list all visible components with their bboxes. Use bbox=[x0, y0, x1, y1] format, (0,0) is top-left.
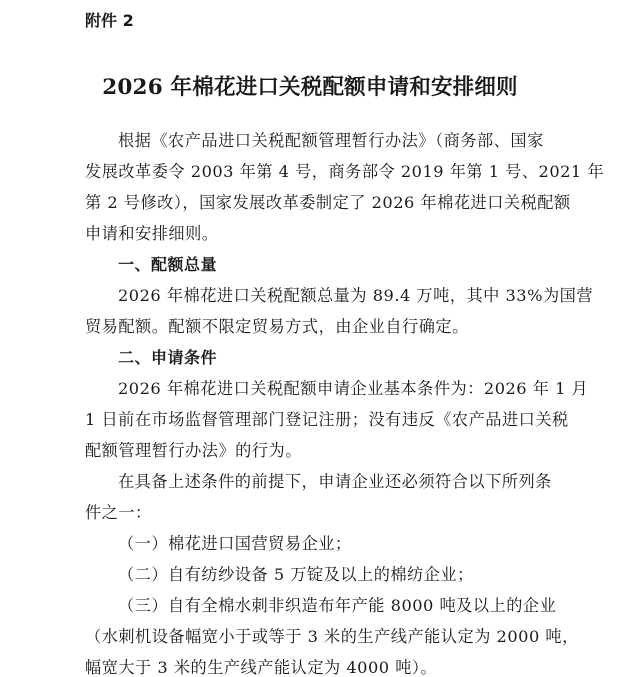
requirement-item-3-line-1: （三）自有全棉水刺非织造布年产能 8000 吨及以上的企业 bbox=[85, 590, 539, 621]
attachment-label: 附件 2 bbox=[85, 8, 134, 31]
intro-paragraph-line-1: 根据《农产品进口关税配额管理暂行办法》（商务部、国家 bbox=[85, 125, 539, 156]
section-heading-application-conditions: 二、申请条件 bbox=[85, 342, 539, 373]
intro-paragraph-line-2: 发展改革委令 2003 年第 4 号，商务部令 2019 年第 1 号、2021… bbox=[85, 156, 539, 187]
requirement-item-3-line-3: 幅宽大于 3 米的生产线产能认定为 4000 吨）。 bbox=[85, 652, 539, 677]
requirement-item-1: （一）棉花进口国营贸易企业； bbox=[85, 528, 539, 559]
intro-paragraph-line-3: 第 2 号修改），国家发展改革委制定了 2026 年棉花进口关税配额 bbox=[85, 187, 539, 218]
document-title: 2026 年棉花进口关税配额申请和安排细则 bbox=[0, 70, 620, 101]
conditions-paragraph-line-3: 配额管理暂行办法》的行为。 bbox=[85, 435, 539, 466]
quota-paragraph-line-2: 贸易配额。配额不限定贸易方式，由企业自行确定。 bbox=[85, 311, 539, 342]
requirement-item-2: （二）自有纺纱设备 5 万锭及以上的棉纺企业； bbox=[85, 559, 539, 590]
intro-paragraph-line-4: 申请和安排细则。 bbox=[85, 218, 539, 249]
quota-paragraph-line-1: 2026 年棉花进口关税配额总量为 89.4 万吨，其中 33%为国营 bbox=[85, 280, 539, 311]
document-page: 附件 2 2026 年棉花进口关税配额申请和安排细则 根据《农产品进口关税配额管… bbox=[0, 0, 620, 677]
conditions-paragraph-line-2: 1 日前在市场监督管理部门登记注册；没有违反《农产品进口关税 bbox=[85, 404, 539, 435]
document-body: 根据《农产品进口关税配额管理暂行办法》（商务部、国家 发展改革委令 2003 年… bbox=[85, 125, 539, 677]
requirements-intro-line-2: 件之一： bbox=[85, 497, 539, 528]
requirements-intro-line-1: 在具备上述条件的前提下，申请企业还必须符合以下所列条 bbox=[85, 466, 539, 497]
requirement-item-3-line-2: （水刺机设备幅宽小于或等于 3 米的生产线产能认定为 2000 吨， bbox=[85, 621, 539, 652]
section-heading-quota-total: 一、配额总量 bbox=[85, 249, 539, 280]
conditions-paragraph-line-1: 2026 年棉花进口关税配额申请企业基本条件为：2026 年 1 月 bbox=[85, 373, 539, 404]
